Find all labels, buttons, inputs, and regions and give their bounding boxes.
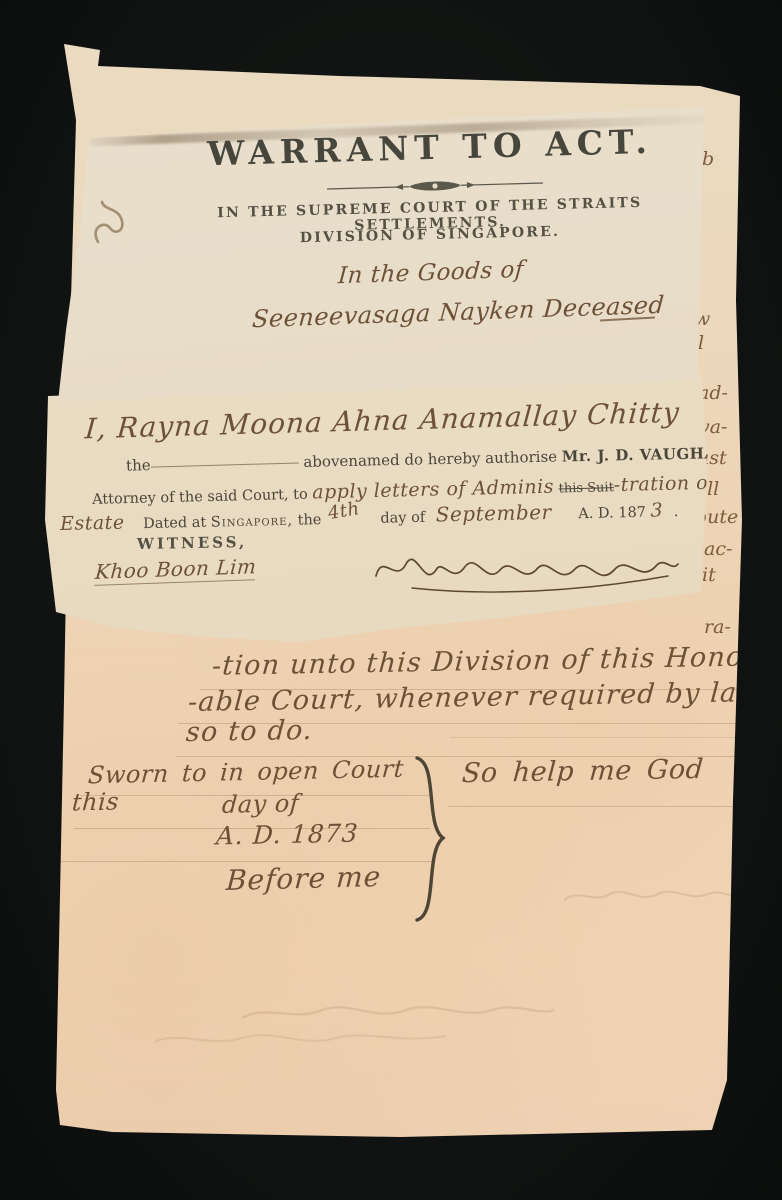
hw-tration: -tration of the above	[614, 469, 782, 496]
so-help-me-god: So help me God	[461, 754, 705, 789]
before-me: Before me	[225, 860, 382, 897]
deceased-name-line: Seeneevasaga Nayken Deceased	[251, 291, 665, 333]
document-title: WARRANT TO ACT.	[200, 122, 661, 174]
bleed-through-mark	[150, 1026, 450, 1052]
sworn-this: this	[71, 787, 120, 816]
sworn-ad-1873: A. D. 1873	[215, 818, 360, 850]
the-label: the	[126, 456, 151, 475]
bleed-through-mark	[238, 998, 558, 1028]
day-of-label: day of	[380, 510, 425, 527]
oath-line-3: so to do.	[185, 715, 314, 748]
dated-place: Singapore,	[211, 513, 294, 531]
as-label: as	[740, 443, 757, 461]
declarant-signature-scribble	[368, 544, 684, 596]
sworn-day-of: day of	[221, 789, 300, 819]
hw-month: September	[435, 500, 551, 527]
oath-line-1: -tion unto this Division of this Honor-	[211, 641, 769, 682]
declarant-name-line: I, Rayna Moona Ahna Anamallay Chitty	[84, 396, 681, 446]
sworn-line: Sworn to in open Court	[87, 755, 405, 790]
photo-backdrop: -tion unto this Division of this Honor- …	[0, 0, 782, 1200]
abovenamed-text: abovenamed do hereby authorise	[303, 448, 557, 471]
hw-estate: Estate	[60, 512, 125, 535]
ruled-line	[450, 737, 738, 738]
struck-this-suit: this Suit	[558, 480, 614, 496]
edge-fragment: l	[698, 332, 704, 354]
edge-fragment: b	[702, 148, 714, 170]
authorise-line: the abovenamed do hereby authorise Mr. J…	[126, 443, 757, 474]
attorney-of-text: Attorney of the said Court, to	[92, 487, 308, 508]
sworn-bracket	[412, 754, 448, 924]
period: .	[674, 504, 679, 520]
witness-signature: Khoo Boon Lim	[94, 554, 257, 586]
blank-rule	[151, 462, 299, 467]
goods-of-line: In the Goods of	[337, 257, 525, 290]
ruled-line	[448, 806, 738, 807]
hw-year: 3	[650, 499, 663, 521]
bleed-through-mark	[560, 882, 740, 910]
paper-fold-mark	[88, 198, 132, 248]
dated-the: the	[297, 512, 321, 529]
witness-label: WITNESS,	[137, 533, 248, 553]
edge-fragment: ac-	[704, 538, 732, 560]
dated-prefix: Dated at	[143, 515, 206, 532]
edge-fragment: ra-	[704, 616, 731, 638]
oath-line-2: -able Court, whenever required by law	[187, 677, 763, 718]
edge-fragment: it	[702, 564, 716, 586]
hw-day: 4th	[326, 498, 361, 524]
divider-ornament	[325, 175, 545, 197]
ad-label: A. D. 187	[578, 505, 646, 523]
